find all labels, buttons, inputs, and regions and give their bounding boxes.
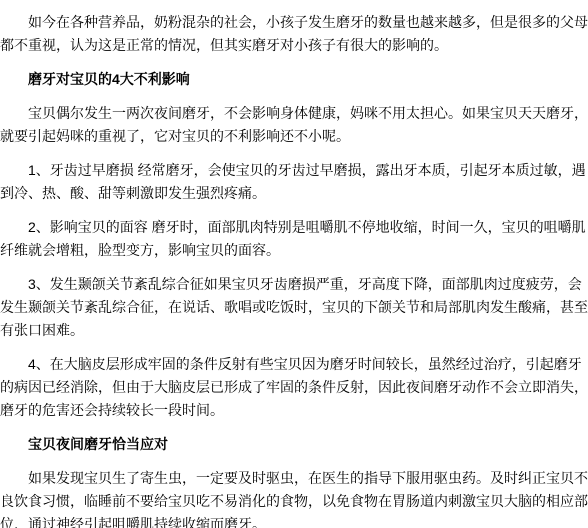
paragraph: 4、在大脑皮层形成牢固的条件反射有些宝贝因为磨牙时间较长，虽然经过治疗，引起磨牙…	[0, 353, 588, 422]
paragraph: 3、发生颞颌关节紊乱综合征如果宝贝牙齿磨损严重，牙高度下降，面部肌肉过度疲劳，会…	[0, 273, 588, 342]
article-body: 如今在各种营养品，奶粉混杂的社会，小孩子发生磨牙的数量也越来越多，但是很多的父母…	[0, 11, 588, 528]
article: 如今在各种营养品，奶粉混杂的社会，小孩子发生磨牙的数量也越来越多，但是很多的父母…	[0, 11, 588, 528]
paragraph: 如果发现宝贝生了寄生虫，一定要及时驱虫，在医生的指导下服用驱虫药。及时纠正宝贝不…	[0, 467, 588, 528]
section-heading: 磨牙对宝贝的4大不利影响	[0, 68, 588, 91]
paragraph: 如今在各种营养品，奶粉混杂的社会，小孩子发生磨牙的数量也越来越多，但是很多的父母…	[0, 11, 588, 57]
paragraph: 1、牙齿过早磨损 经常磨牙，会使宝贝的牙齿过早磨损，露出牙本质，引起牙本质过敏，…	[0, 159, 588, 205]
section-heading: 宝贝夜间磨牙恰当应对	[0, 433, 588, 456]
paragraph: 宝贝偶尔发生一两次夜间磨牙，不会影响身体健康，妈咪不用太担心。如果宝贝天天磨牙，…	[0, 102, 588, 148]
paragraph: 2、影响宝贝的面容 磨牙时，面部肌肉特别是咀嚼肌不停地收缩，时间一久，宝贝的咀嚼…	[0, 216, 588, 262]
